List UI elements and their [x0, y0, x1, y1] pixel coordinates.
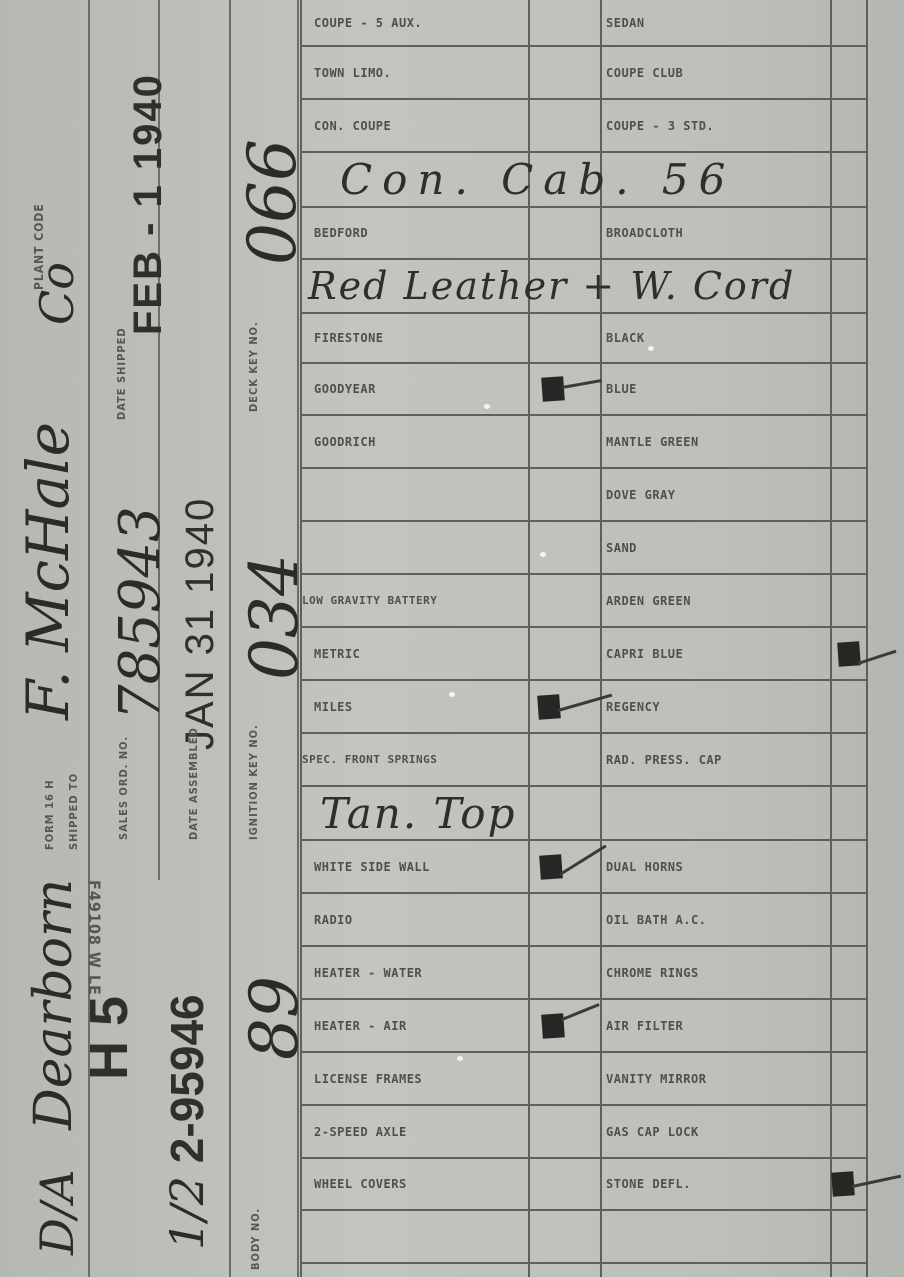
checkbox-cell-checked[interactable] [528, 1000, 600, 1051]
option-low-gravity-battery: LOW GRAVITY BATTERY [300, 594, 528, 607]
option-broadcloth: BROADCLOTH [600, 226, 834, 240]
checkbox-cell[interactable] [528, 1053, 600, 1104]
handwritten-top: Tan. Top [300, 789, 516, 838]
checkbox-cell[interactable] [834, 894, 866, 945]
option-bedford: BEDFORD [300, 226, 528, 240]
check-tail-icon [561, 1003, 599, 1021]
checkbox-cell[interactable] [528, 522, 600, 573]
grid-row: WHITE SIDE WALL DUAL HORNS [300, 841, 866, 894]
dealer-value: Dearborn [24, 879, 84, 1130]
serial-fraction: 1/2 [160, 1176, 214, 1250]
checkbox-cell[interactable] [834, 100, 866, 151]
checkbox-cell[interactable] [834, 0, 866, 45]
left-rule-1 [88, 0, 90, 1277]
grid-row-handwritten-top: Tan. Top [300, 787, 866, 841]
sales-order-label: SALES ORD. NO. [118, 736, 129, 840]
grid-row: TOWN LIMO. COUPE CLUB [300, 47, 866, 100]
deck-key-label: DECK KEY NO. [248, 321, 259, 412]
left-rule-3 [229, 0, 231, 1277]
option-coupe-3-std: COUPE - 3 STD. [600, 119, 834, 133]
grid-row: SAND [300, 522, 866, 575]
option-chrome-rings: CHROME RINGS [600, 966, 834, 980]
grid-row: METRIC CAPRI BLUE [300, 628, 866, 681]
option-con-coupe: CON. COUPE [300, 119, 528, 133]
checkbox-cell[interactable] [528, 628, 600, 679]
option-oil-bath-ac: OIL BATH A.C. [600, 913, 834, 927]
date-assembled-value: JAN 31 1940 [178, 497, 223, 750]
check-tail-icon [852, 1175, 902, 1188]
serial-text: 2-95946 [161, 994, 213, 1163]
grid-row: MILES REGENCY [300, 681, 866, 734]
option-white-side-wall: WHITE SIDE WALL [300, 860, 528, 874]
option-sand: SAND [600, 541, 834, 555]
date-shipped-label: DATE SHIPPED [116, 327, 127, 420]
checkbox-cell[interactable] [528, 100, 600, 151]
check-tail-icon [858, 650, 897, 665]
checkbox-cell[interactable] [834, 947, 866, 998]
grid-row: LOW GRAVITY BATTERY ARDEN GREEN [300, 575, 866, 628]
checkbox-cell[interactable] [528, 47, 600, 98]
check-tail-icon [559, 845, 606, 876]
option-coupe-club: COUPE CLUB [600, 66, 834, 80]
checkbox-cell[interactable] [834, 575, 866, 626]
option-miles: MILES [300, 700, 528, 714]
checkbox-cell[interactable] [834, 208, 866, 258]
date-shipped-value: FEB - 1 1940 [126, 73, 171, 335]
option-capri-blue: CAPRI BLUE [600, 647, 834, 661]
check-mark-icon [541, 1013, 565, 1038]
option-goodrich: GOODRICH [300, 435, 528, 449]
build-card: PLANT CODE Co F. McHale SHIPPED TO FORM … [0, 0, 904, 1277]
checkbox-cell[interactable] [528, 314, 600, 362]
checkbox-cell[interactable] [528, 416, 600, 467]
grid-row: BEDFORD BROADCLOTH [300, 208, 866, 260]
checkbox-cell[interactable] [834, 522, 866, 573]
sales-order-value: 785943 [108, 506, 173, 720]
check-tail-icon [562, 379, 602, 389]
grid-row: HEATER - WATER CHROME RINGS [300, 947, 866, 1000]
option-dove-gray: DOVE GRAY [600, 488, 834, 502]
checkbox-cell[interactable] [528, 469, 600, 520]
option-gas-cap-lock: GAS CAP LOCK [600, 1125, 834, 1139]
option-rad-press-cap: RAD. PRESS. CAP [600, 753, 834, 767]
body-no-label: BODY NO. [250, 1208, 261, 1270]
paper-speck [540, 552, 546, 557]
option-goodyear: GOODYEAR [300, 382, 528, 396]
option-spec-front-springs: SPEC. FRONT SPRINGS [300, 753, 528, 766]
checkbox-cell[interactable] [528, 734, 600, 785]
checkbox-cell[interactable] [834, 1053, 866, 1104]
option-town-limo: TOWN LIMO. [300, 66, 528, 80]
serial-number: 1/2 2-95946 [160, 994, 214, 1250]
grid-row-blank [300, 1211, 866, 1264]
plant-code-value: Co [30, 262, 84, 325]
grid-row: 2-SPEED AXLE GAS CAP LOCK [300, 1106, 866, 1159]
check-mark-icon [539, 854, 563, 879]
ship-to-value: F. McHale [14, 422, 82, 720]
grid-right-border [866, 0, 868, 1277]
checkbox-cell[interactable] [528, 575, 600, 626]
option-mantle-green: MANTLE GREEN [600, 435, 834, 449]
option-vanity-mirror: VANITY MIRROR [600, 1072, 834, 1086]
ship-to-label: SHIPPED TO [68, 773, 79, 850]
checkbox-cell[interactable] [528, 208, 600, 258]
option-2-speed-axle: 2-SPEED AXLE [300, 1125, 528, 1139]
model-code: H 5 [78, 996, 140, 1080]
grid-row-handwritten-trim: Red Leather + W. Cord [300, 260, 866, 314]
checkbox-cell-checked[interactable] [834, 628, 866, 679]
option-wheel-covers: WHEEL COVERS [300, 1177, 528, 1191]
grid-row: HEATER - AIR AIR FILTER [300, 1000, 866, 1053]
checkbox-cell[interactable] [528, 1106, 600, 1157]
paper-speck [648, 346, 654, 351]
checkbox-cell[interactable] [528, 0, 600, 45]
option-stone-defl: STONE DEFL. [600, 1177, 834, 1191]
checkbox-cell[interactable] [834, 1000, 866, 1051]
option-firestone: FIRESTONE [300, 331, 528, 345]
model-code-text: H 5 [79, 996, 139, 1080]
grid-row: SPEC. FRONT SPRINGS RAD. PRESS. CAP [300, 734, 866, 787]
checkbox-cell-checked[interactable] [528, 841, 600, 892]
grid-row: GOODYEAR BLUE [300, 364, 866, 416]
paper-speck [457, 1056, 463, 1061]
checkbox-cell-checked[interactable] [528, 681, 600, 732]
prefix-value: D/A [30, 1169, 84, 1255]
grid-row: FIRESTONE BLACK [300, 314, 866, 364]
ignition-key-label: IGNITION KEY NO. [248, 724, 259, 840]
option-heater-air: HEATER - AIR [300, 1019, 528, 1033]
checkbox-cell[interactable] [834, 314, 866, 362]
checkbox-cell[interactable] [834, 1106, 866, 1157]
grid-row: COUPE - 5 AUX. SEDAN [300, 0, 866, 47]
paper-speck [449, 692, 455, 697]
handwritten-body-style: Con. Cab. 56 [300, 155, 735, 204]
checkbox-cell[interactable] [834, 364, 866, 414]
option-license-frames: LICENSE FRAMES [300, 1072, 528, 1086]
option-blue: BLUE [600, 382, 834, 396]
option-coupe-5-aux: COUPE - 5 AUX. [300, 16, 528, 30]
paper-speck [484, 404, 490, 409]
grid-row: DOVE GRAY [300, 469, 866, 522]
grid-row-handwritten-body: Con. Cab. 56 [300, 153, 866, 208]
option-metric: METRIC [300, 647, 528, 661]
checkbox-cell[interactable] [834, 681, 866, 732]
form-number-label: FORM 16 H [44, 779, 55, 850]
checkbox-cell-checked[interactable] [834, 1159, 866, 1209]
options-grid: COUPE - 5 AUX. SEDAN TOWN LIMO. COUPE CL… [300, 0, 880, 1277]
check-mark-icon [537, 694, 561, 719]
option-arden-green: ARDEN GREEN [600, 594, 834, 608]
handwritten-trim: Red Leather + W. Cord [300, 264, 795, 308]
checkbox-cell[interactable] [834, 841, 866, 892]
grid-row: WHEEL COVERS STONE DEFL. [300, 1159, 866, 1211]
sales-order-stamp: F49108 W LE [89, 880, 100, 996]
option-dual-horns: DUAL HORNS [600, 860, 834, 874]
checkbox-cell[interactable] [834, 734, 866, 785]
option-black: BLACK [600, 331, 834, 345]
checkbox-cell[interactable] [834, 416, 866, 467]
date-assembled-label: DATE ASSEMBLED [188, 727, 199, 840]
option-regency: REGENCY [600, 700, 834, 714]
checkbox-cell[interactable] [834, 47, 866, 98]
checkbox-cell[interactable] [528, 1159, 600, 1209]
option-sedan: SEDAN [600, 16, 834, 30]
option-air-filter: AIR FILTER [600, 1019, 834, 1033]
grid-row: LICENSE FRAMES VANITY MIRROR [300, 1053, 866, 1106]
grid-row: GOODRICH MANTLE GREEN [300, 416, 866, 469]
checkbox-cell[interactable] [528, 947, 600, 998]
grid-row: RADIO OIL BATH A.C. [300, 894, 866, 947]
option-heater-water: HEATER - WATER [300, 966, 528, 980]
grid-row: CON. COUPE COUPE - 3 STD. [300, 100, 866, 153]
option-radio: RADIO [300, 913, 528, 927]
checkbox-cell[interactable] [834, 469, 866, 520]
checkbox-cell-checked[interactable] [528, 364, 600, 414]
checkbox-cell[interactable] [528, 894, 600, 945]
